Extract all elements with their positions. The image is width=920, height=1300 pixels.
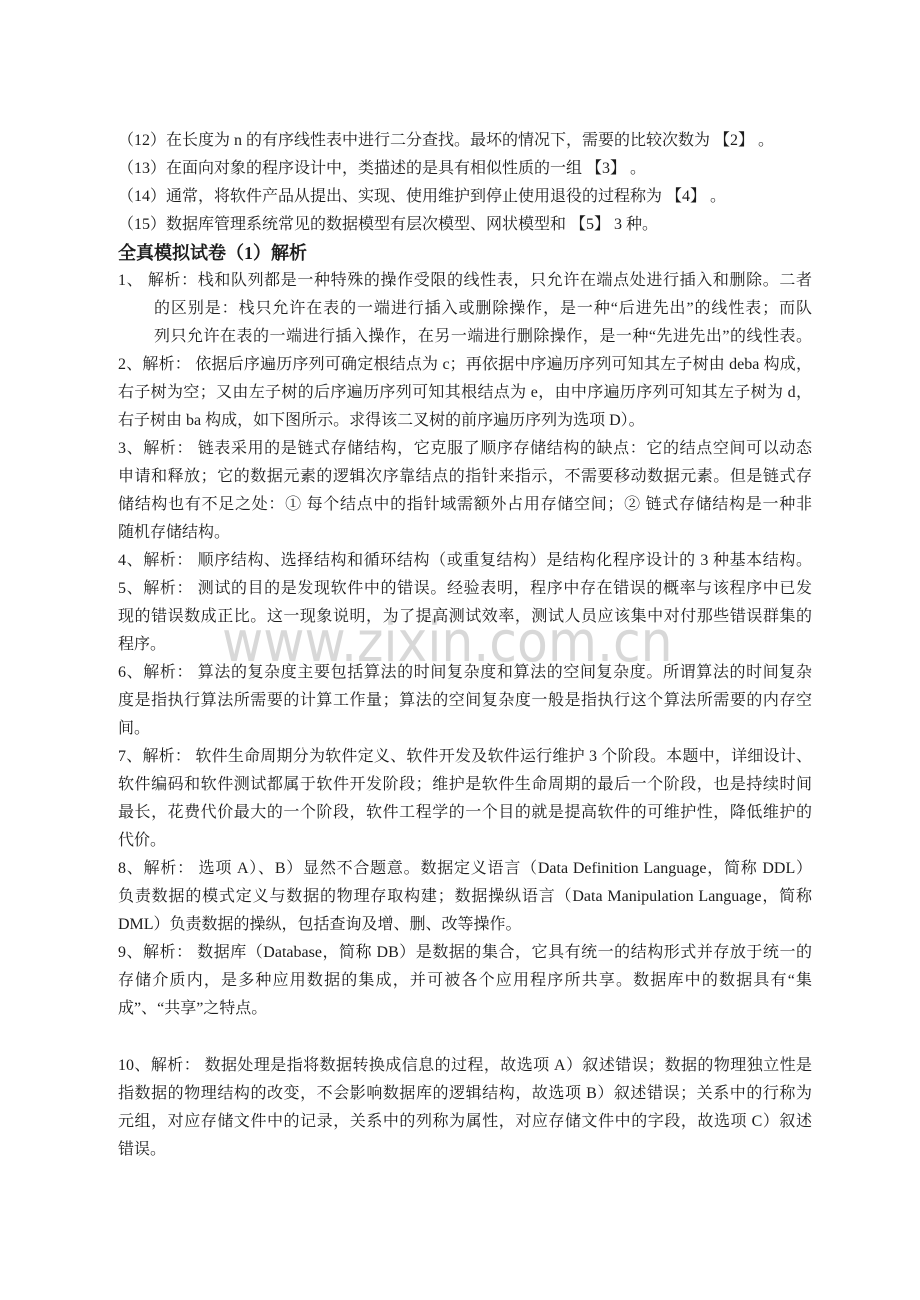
- solution-7-line-2: 软件编码和软件测试都属于软件开发阶段；维护是软件生命周期的最后一个阶段，也是持续…: [118, 771, 812, 799]
- solution-5-line-2: 现的错误数成正比。这一现象说明，为了提高测试效率，测试人员应该集中对付那些错误群…: [118, 603, 812, 631]
- solution-1-line-1: 1、 解析：栈和队列都是一种特殊的操作受限的线性表，只允许在端点处进行插入和删除…: [118, 267, 812, 295]
- solution-10-line-4: 错误。: [118, 1136, 812, 1164]
- solution-5-line-1: 5、解析： 测试的目的是发现软件中的错误。经验表明，程序中存在错误的概率与该程序…: [118, 575, 812, 603]
- solution-3-line-4: 随机存储结构。: [118, 519, 812, 547]
- section-heading: 全真模拟试卷（1）解析: [118, 239, 812, 267]
- solution-10-line-2: 指数据的物理结构的改变，不会影响数据库的逻辑结构，故选项 B）叙述错误；关系中的…: [118, 1080, 812, 1108]
- solution-5-line-3: 程序。: [118, 631, 812, 659]
- solution-1-line-3: 列只允许在表的一端进行插入操作，在另一端进行删除操作，是一种“先进先出”的线性表…: [118, 323, 812, 351]
- solution-6-line-3: 间。: [118, 715, 812, 743]
- fill-blank-question-13: （13）在面向对象的程序设计中，类描述的是具有相似性质的一组 【3】 。: [118, 155, 812, 183]
- solution-4-line-1: 4、解析： 顺序结构、选择结构和循环结构（或重复结构）是结构化程序设计的 3 种…: [118, 547, 812, 575]
- solution-7-line-1: 7、解析： 软件生命周期分为软件定义、软件开发及软件运行维护 3 个阶段。本题中…: [118, 743, 812, 771]
- fill-blank-question-14: （14）通常，将软件产品从提出、实现、使用维护到停止使用退役的过程称为 【4】 …: [118, 183, 812, 211]
- solution-10-line-1: 10、解析： 数据处理是指将数据转换成信息的过程，故选项 A）叙述错误；数据的物…: [118, 1052, 812, 1080]
- solution-10-line-3: 元组，对应存储文件中的记录，关系中的列称为属性，对应存储文件中的字段，故选项 C…: [118, 1108, 812, 1136]
- fill-blank-question-12: （12）在长度为 n 的有序线性表中进行二分查找。最坏的情况下，需要的比较次数为…: [118, 127, 812, 155]
- solution-8-line-1: 8、解析： 选项 A）、B）显然不合题意。数据定义语言（Data Definit…: [118, 855, 812, 883]
- fill-blank-question-15: （15）数据库管理系统常见的数据模型有层次模型、网状模型和 【5】 3 种。: [118, 211, 812, 239]
- document-body: （12）在长度为 n 的有序线性表中进行二分查找。最坏的情况下，需要的比较次数为…: [118, 127, 812, 1164]
- solution-2-line-2: 右子树为空；又由左子树的后序遍历序列可知其根结点为 e，由中序遍历序列可知其左子…: [118, 379, 812, 407]
- solution-7-line-4: 代价。: [118, 827, 812, 855]
- solution-8-line-2: 负责数据的模式定义与数据的物理存取构建；数据操纵语言（Data Manipula…: [118, 883, 812, 911]
- solution-6-line-1: 6、解析： 算法的复杂度主要包括算法的时间复杂度和算法的空间复杂度。所谓算法的时…: [118, 659, 812, 687]
- solution-3-line-2: 申请和释放；它的数据元素的逻辑次序靠结点的指针来指示，不需要移动数据元素。但是链…: [118, 463, 812, 491]
- solution-2-line-3: 右子树由 ba 构成，如下图所示。求得该二叉树的前序遍历序列为选项 D）。: [118, 407, 812, 435]
- solution-3-line-3: 储结构也有不足之处：① 每个结点中的指针域需额外占用存储空间；② 链式存储结构是…: [118, 491, 812, 519]
- document-page: www.zixin.com.cn （12）在长度为 n 的有序线性表中进行二分查…: [0, 0, 920, 1300]
- solution-7-line-3: 最长，花费代价最大的一个阶段，软件工程学的一个目的就是提高软件的可维护性，降低维…: [118, 799, 812, 827]
- solution-9-line-2: 存储介质内，是多种应用数据的集成，并可被各个应用程序所共享。数据库中的数据具有“…: [118, 967, 812, 995]
- solution-9-line-1: 9、解析： 数据库（Database，简称 DB）是数据的集合，它具有统一的结构…: [118, 939, 812, 967]
- solution-8-line-3: DML）负责数据的操纵，包括查询及增、删、改等操作。: [118, 911, 812, 939]
- solution-1-line-2: 的区别是：栈只允许在表的一端进行插入或删除操作，是一种“后进先出”的线性表；而队: [118, 295, 812, 323]
- solution-9-line-3: 成”、“共享”之特点。: [118, 995, 812, 1023]
- solution-2-line-1: 2、解析： 依据后序遍历序列可确定根结点为 c；再依据中序遍历序列可知其左子树由…: [118, 351, 812, 379]
- solution-6-line-2: 度是指执行算法所需要的计算工作量；算法的空间复杂度一般是指执行这个算法所需要的内…: [118, 687, 812, 715]
- solution-3-line-1: 3、解析： 链表采用的是链式存储结构，它克服了顺序存储结构的缺点：它的结点空间可…: [118, 435, 812, 463]
